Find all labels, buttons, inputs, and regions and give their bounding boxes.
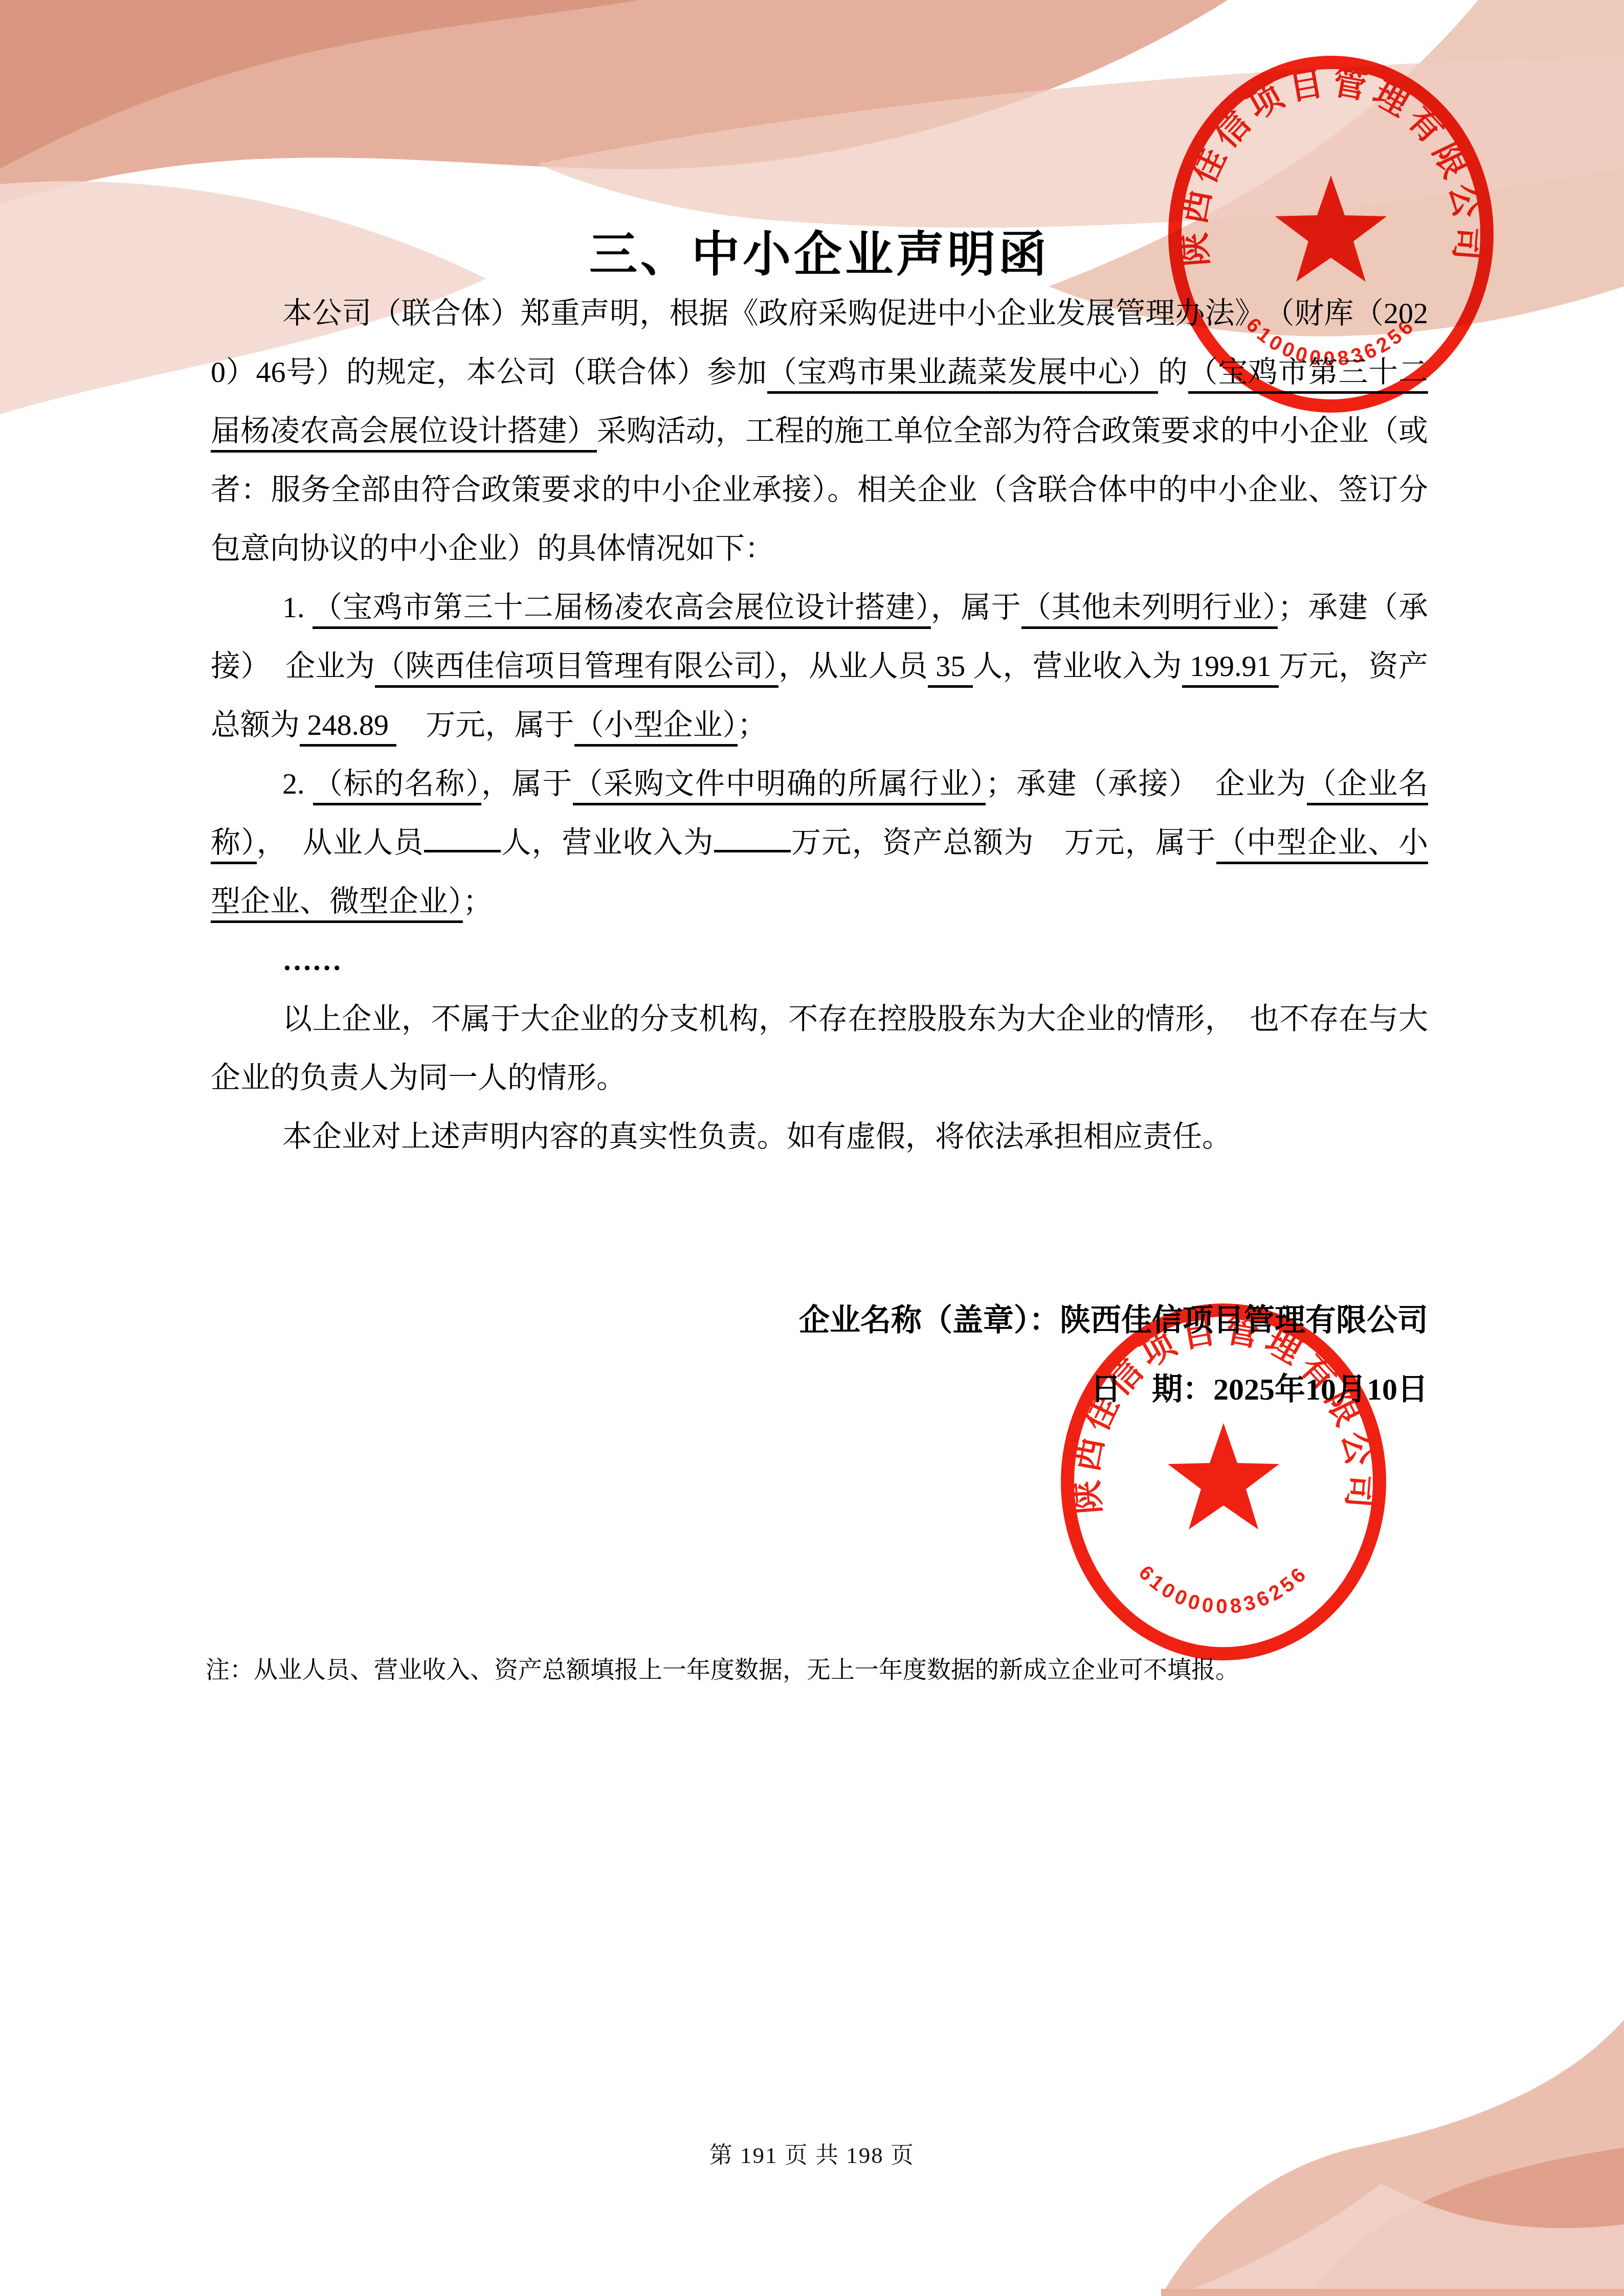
item-1: 1. （宝鸡市第三十二届杨凌农高会展位设计搭建），属于（其他未列明行业）；承建（… bbox=[211, 578, 1428, 754]
wave-shape bbox=[1309, 2148, 1624, 2296]
wave-shape bbox=[1176, 2184, 1624, 2296]
text-run: ；承建（承接） 企业为 bbox=[986, 767, 1307, 800]
item-number: 2. bbox=[282, 767, 313, 800]
text-run: ，属于 bbox=[931, 591, 1021, 624]
underlined-industry: （其他未列明行业） bbox=[1021, 591, 1278, 629]
underlined-purchaser-name: （宝鸡市果业蔬菜发展中心） bbox=[767, 355, 1158, 394]
declaration-page: { "page": { "title": "三、中小企业声明函", "foote… bbox=[0, 0, 1624, 2296]
text-run: 人，营业收入为 bbox=[973, 649, 1182, 683]
seal-code-text: 6100000836256 bbox=[1134, 1561, 1313, 1618]
seal-star bbox=[1275, 175, 1387, 282]
responsibility-paragraph: 本企业对上述声明内容的真实性负责。如有虚假，将依法承担相应责任。 bbox=[211, 1107, 1428, 1166]
underlined-contractor-name: （陕西佳信项目管理有限公司） bbox=[375, 649, 778, 688]
text-run: 万元，资产总额为 万元，属于 bbox=[791, 826, 1216, 859]
no-affiliation-paragraph: 以上企业，不属于大企业的分支机构，不存在控股股东为大企业的情形， 也不存在与大企… bbox=[211, 989, 1428, 1107]
underlined-revenue: 199.91 bbox=[1182, 649, 1279, 688]
page-footer: 第 191 页 共 198 页 bbox=[0, 2136, 1624, 2170]
text-run: 人，营业收入为 bbox=[501, 826, 714, 859]
item-number: 1. bbox=[282, 591, 313, 624]
underlined-subject-name: （标的名称） bbox=[313, 767, 481, 805]
text-run: ，从业人员 bbox=[778, 649, 928, 683]
underlined-enterprise-type: （小型企业） bbox=[574, 708, 738, 747]
blank-line bbox=[424, 820, 501, 852]
text-run: 万元，属于 bbox=[396, 708, 574, 741]
seal-code-text: 6100000836256 bbox=[1242, 313, 1420, 370]
underlined-project-name: （宝鸡市第三十二届杨凌农高会展位设计搭建） bbox=[313, 591, 931, 629]
underlined-total-assets: 248.89 bbox=[300, 708, 396, 747]
wave-strip bbox=[1161, 2289, 1624, 2296]
seal-star bbox=[1168, 1423, 1279, 1529]
underlined-staff-count: 35 bbox=[928, 649, 973, 688]
text-run: ； bbox=[738, 708, 767, 741]
blank-line bbox=[714, 820, 791, 852]
underlined-industry: （采购文件中明确的所属行业） bbox=[573, 767, 986, 805]
ellipsis: …… bbox=[211, 931, 1428, 989]
item-2: 2. （标的名称），属于（采购文件中明确的所属行业）；承建（承接） 企业为（企业… bbox=[211, 754, 1428, 931]
text-run: ， 从业人员 bbox=[257, 826, 424, 859]
company-seal-top: 陕西佳信项目管理有限公司 6100000836256 bbox=[1162, 50, 1500, 418]
text-run: ，属于 bbox=[481, 767, 573, 800]
company-seal-bottom: 陕西佳信项目管理有限公司 6100000836256 bbox=[1055, 1298, 1392, 1666]
text-run: ； bbox=[463, 885, 493, 918]
